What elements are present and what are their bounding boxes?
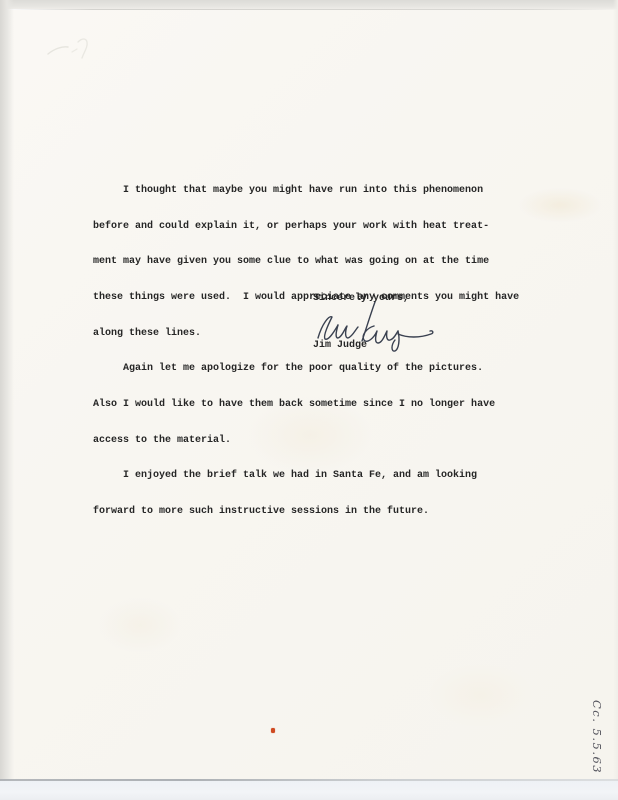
pencil-smudge-mark: [44, 32, 124, 68]
body-line: Also I would like to have them back some…: [93, 399, 519, 411]
body-line: I thought that maybe you might have run …: [93, 185, 519, 197]
red-ink-dot: [271, 728, 275, 733]
body-line: Again let me apologize for the poor qual…: [93, 363, 519, 375]
body-line: before and could explain it, or perhaps …: [93, 221, 519, 233]
scan-edge-top: [0, 0, 618, 10]
handwritten-archive-note: Cc. 5.5.63: [590, 700, 604, 774]
body-line: ment may have given you some clue to wha…: [93, 256, 519, 268]
scan-edge-left: [0, 0, 14, 782]
body-line: I enjoyed the brief talk we had in Santa…: [93, 470, 519, 482]
typed-signature-name: Jim Judge: [313, 340, 367, 352]
scan-edge-right: [613, 0, 618, 782]
scanned-letter-page: I thought that maybe you might have run …: [0, 0, 618, 800]
body-line: access to the material.: [93, 435, 519, 447]
scan-edge-bottom: [0, 781, 618, 800]
body-line: forward to more such instructive session…: [93, 506, 519, 518]
